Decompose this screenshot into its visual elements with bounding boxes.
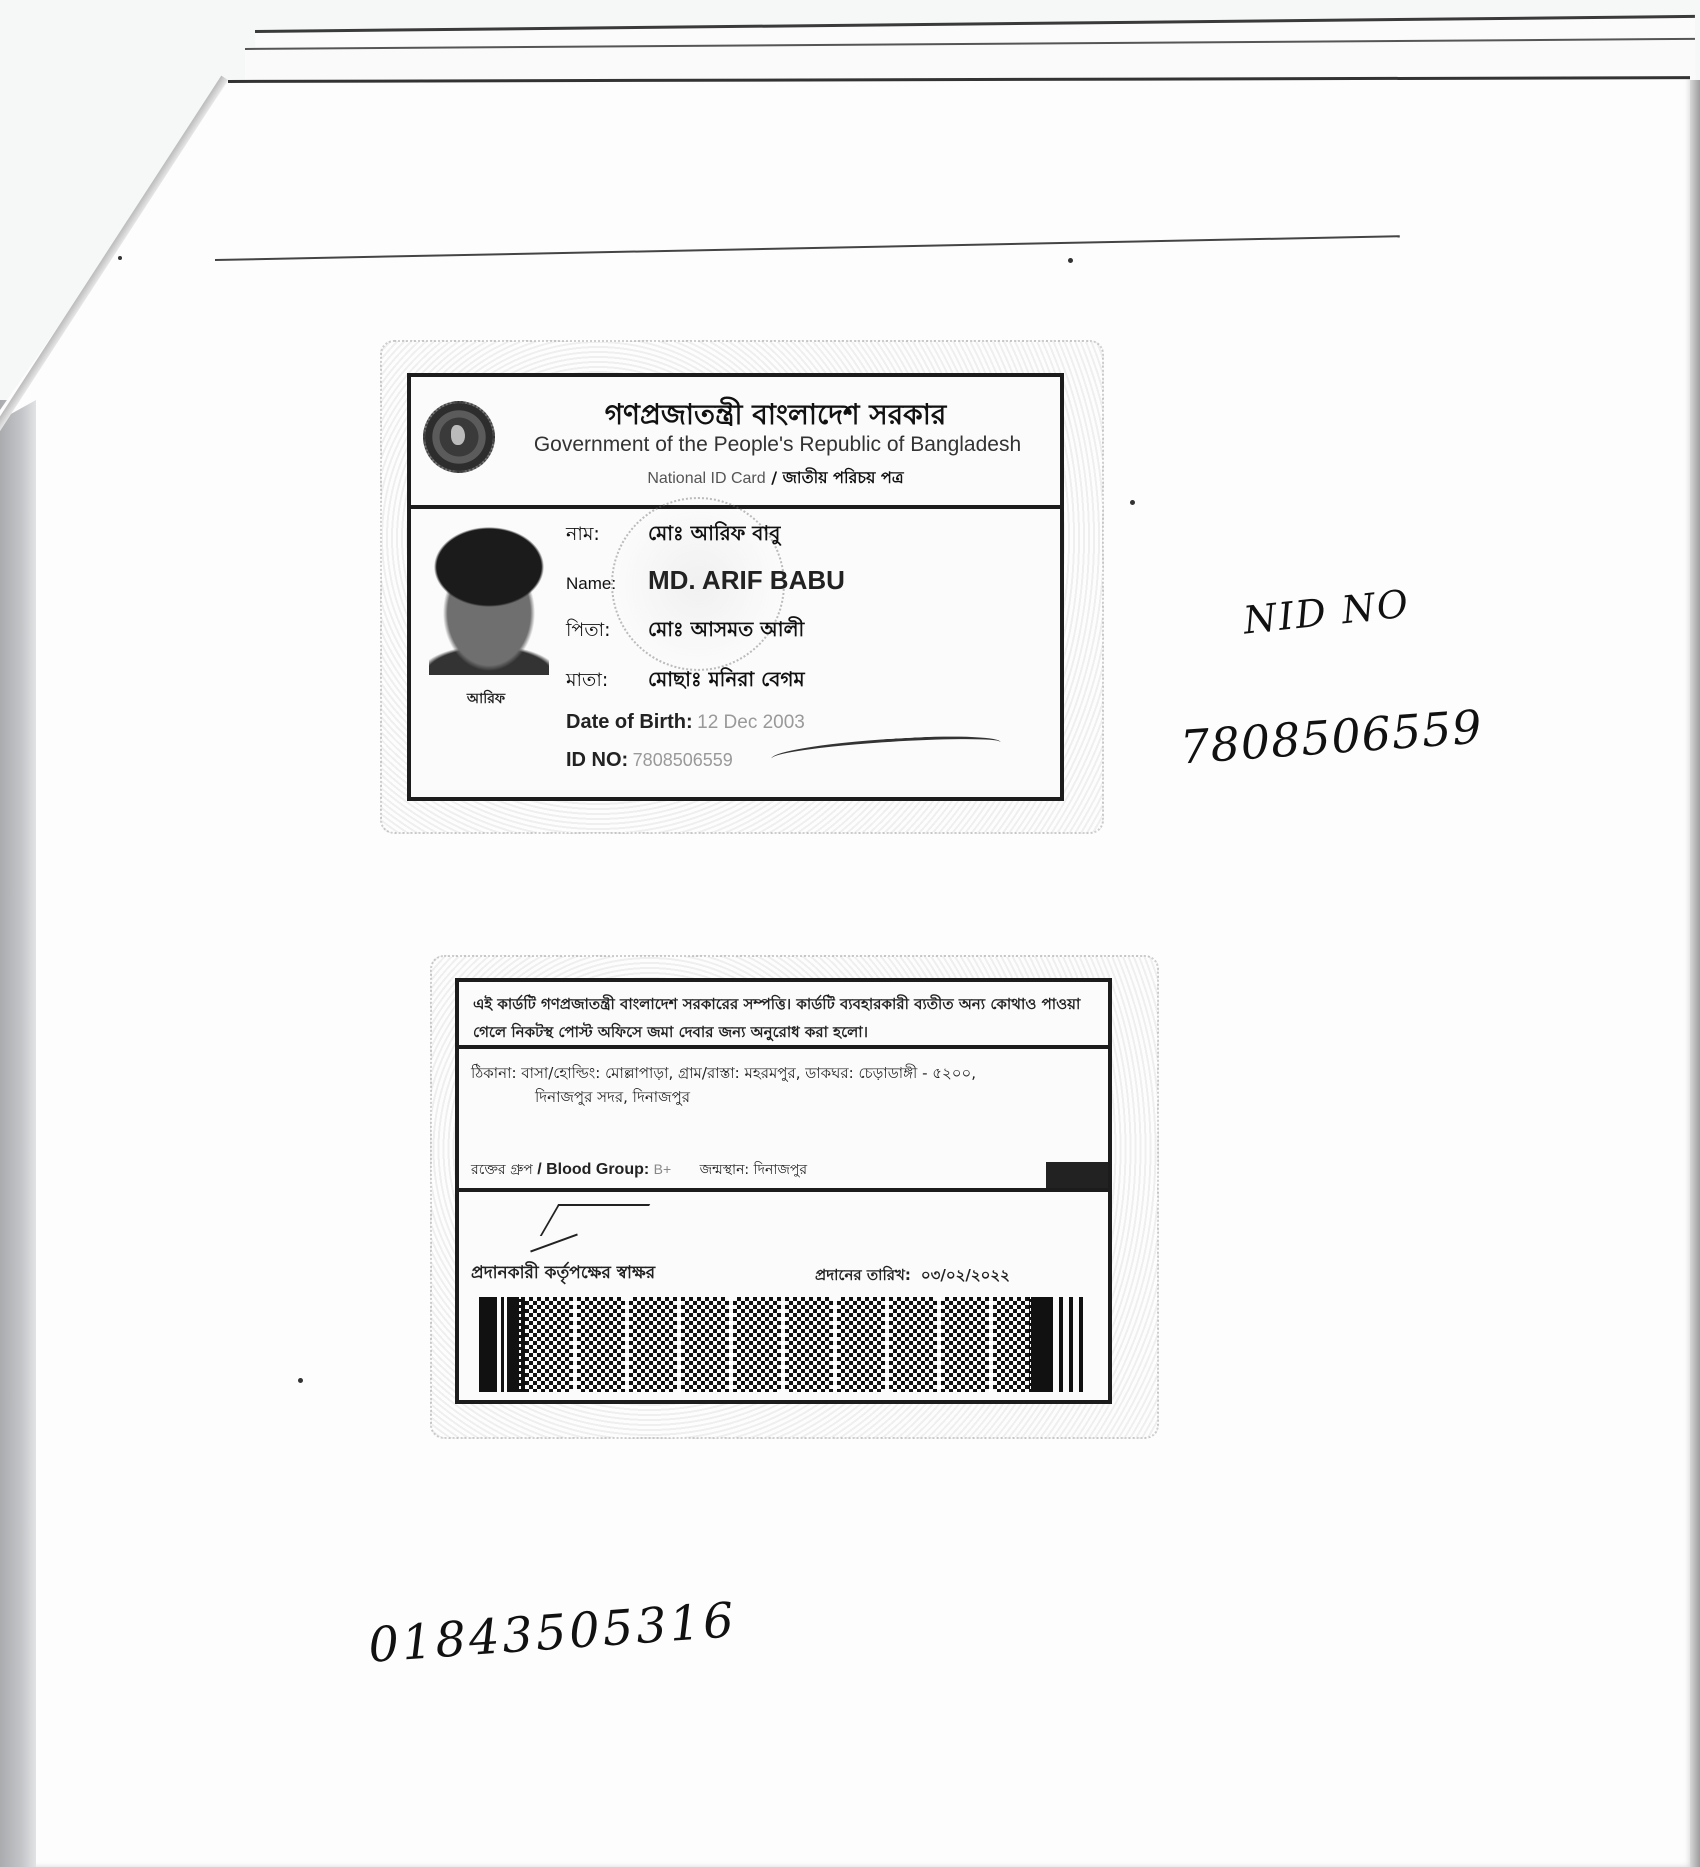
address: ঠিকানা: বাসা/হোল্ডিং: মোল্লাপাড়া, গ্রাম…: [471, 1061, 1098, 1109]
field-father: পিতা:মোঃ আসমত আলী: [566, 615, 804, 648]
property-notice: এই কার্ডটি গণপ্রজাতন্ত্রী বাংলাদেশ সরকার…: [459, 982, 1108, 1049]
field-label: পিতা:: [566, 616, 648, 648]
field-value: MD. ARIF BABU: [648, 565, 845, 595]
scan-speck: [1130, 500, 1135, 505]
address-line-2: দিনাজপুর সদর, দিনাজপুর: [471, 1085, 1098, 1109]
field-value: মোঃ আরিফ বাবু: [648, 521, 780, 545]
field-value: মোছাঃ মনিরা বেগম: [648, 667, 805, 691]
card-header: গণপ্রজাতন্ত্রী বাংলাদেশ সরকার Government…: [411, 377, 1060, 509]
pdf417-barcode-icon: [479, 1297, 1089, 1392]
holder-signature: আরিফ: [451, 687, 521, 711]
holder-photo: [429, 525, 549, 675]
field-name-bangla: নাম:মোঃ আরিফ বাবু: [566, 519, 780, 552]
issuer-signature-mark: [529, 1204, 639, 1254]
field-label: Name:: [566, 574, 648, 594]
field-value: 12 Dec 2003: [697, 712, 805, 733]
scan-speck: [1068, 258, 1073, 263]
field-label: ID NO:: [566, 749, 628, 771]
subtitle-english: National ID Card: [647, 470, 765, 487]
subtitle-separator: /: [766, 468, 783, 487]
field-label: নাম:: [566, 520, 648, 552]
field-value: 7808506559: [633, 750, 733, 770]
paper-sheet: [0, 0, 1695, 1867]
paper-right-edge: [1690, 80, 1700, 1867]
blood-group-row: রক্তের গ্রুপ / Blood Group: B+ জন্মস্থান…: [471, 1158, 807, 1182]
barcode-stop-pattern: [1031, 1297, 1089, 1392]
blood-group-value: B+: [654, 1161, 672, 1177]
scan-speck: [298, 1378, 303, 1383]
issuer-signature-label: প্রদানকারী কর্তৃপক্ষের স্বাক্ষর: [471, 1260, 655, 1288]
scanner-edge-shadow: [0, 400, 36, 1867]
blood-group-label-english: / Blood Group:: [533, 1161, 654, 1178]
field-date-of-birth: Date of Birth: 12 Dec 2003: [566, 711, 805, 734]
barcode-data: [525, 1297, 1029, 1392]
blood-group-label-bangla: রক্তের গ্রুপ: [471, 1162, 533, 1178]
field-label: মাতা:: [566, 666, 648, 698]
subtitle-bangla: জাতীয় পরিচয় পত্র: [783, 468, 904, 487]
header-english: Government of the People's Republic of B…: [501, 433, 1054, 457]
issue-date: প্রদানের তারিখ:০৩/০২/২০২২: [815, 1264, 1010, 1289]
field-label: Date of Birth:: [566, 711, 693, 733]
issue-date-value: ০৩/০২/২০২২: [921, 1266, 1010, 1284]
barcode-start-pattern: [479, 1297, 519, 1392]
scan-speck: [118, 256, 122, 260]
nid-card-back: এই কার্ডটি গণপ্রজাতন্ত্রী বাংলাদেশ সরকার…: [455, 978, 1112, 1404]
address-section: ঠিকানা: বাসা/হোল্ডিং: মোল্লাপাড়া, গ্রাম…: [459, 1053, 1108, 1192]
birthplace-value: দিনাজপুর: [754, 1162, 808, 1178]
birthplace-label: জন্মস্থান:: [700, 1162, 750, 1178]
government-seal-icon: [423, 401, 495, 473]
field-id-number: ID NO: 7808506559: [566, 749, 733, 772]
card-subtitle: National ID Card / জাতীয় পরিচয় পত্র: [501, 465, 1050, 492]
address-line-1: ঠিকানা: বাসা/হোল্ডিং: মোল্লাপাড়া, গ্রাম…: [471, 1064, 976, 1082]
redacted-block: [1046, 1162, 1108, 1188]
issue-date-label: প্রদানের তারিখ:: [815, 1266, 911, 1284]
field-name-english: Name:MD. ARIF BABU: [566, 565, 845, 596]
pen-stroke: [771, 733, 1002, 768]
nid-card-front: গণপ্রজাতন্ত্রী বাংলাদেশ সরকার Government…: [407, 373, 1064, 801]
field-mother: মাতা:মোছাঃ মনিরা বেগম: [566, 665, 805, 698]
field-value: মোঃ আসমত আলী: [648, 617, 804, 641]
